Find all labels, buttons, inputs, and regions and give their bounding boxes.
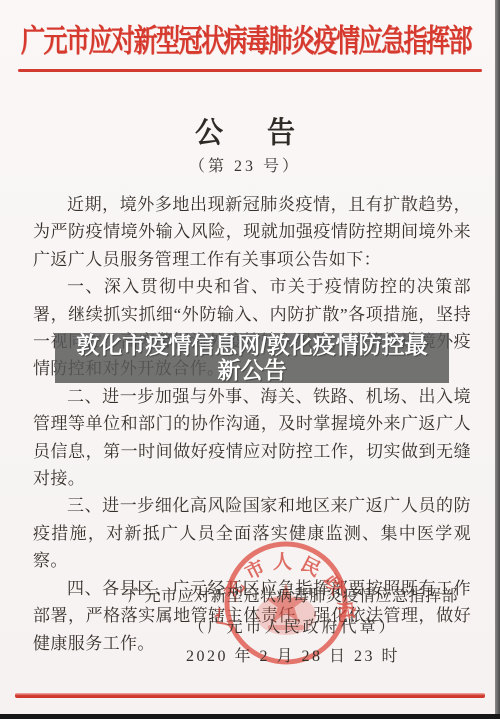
footer-rule	[15, 693, 485, 698]
photo-edge-bottom	[0, 714, 500, 719]
watermark-overlay: 敦化市疫情信息网/敦化疫情防控最 新公告	[55, 333, 449, 383]
notice-title-char1: 公	[195, 110, 223, 152]
notice-title-char2: 告	[267, 110, 295, 152]
watermark-text-line2: 新公告	[218, 358, 287, 383]
photo-edge-right	[495, 0, 500, 719]
watermark-text-line1: 敦化市疫情信息网/敦化疫情防控最	[76, 333, 427, 358]
signature-organization: 广元市应对新型冠状病毒肺炎疫情应急指挥部	[86, 583, 500, 606]
header-banner-title: 广元市应对新型冠状病毒肺炎疫情应急指挥部	[0, 15, 492, 61]
document-paper: 广元市应对新型冠状病毒肺炎疫情应急指挥部 公 告 （第 23 号） 近期，境外多…	[0, 0, 500, 719]
notice-title: 公 告	[0, 110, 490, 152]
body-paragraph: 近期，境外多地出现新冠肺炎疫情，且有扩散趋势，为严防疫情境外输入风险，现就加强疫…	[33, 191, 471, 273]
header-rule	[18, 69, 482, 72]
notice-number: （第 23 号）	[0, 153, 490, 176]
signature-datetime: 2020 年 2 月 28 日 23 时	[86, 643, 500, 666]
signature-on-behalf: （广元市人民政府代章）	[86, 614, 500, 637]
body-paragraph: 二、进一步加强与外事、海关、铁路、机场、出入境管理等单位和部门的协作沟通，及时掌…	[33, 383, 471, 493]
